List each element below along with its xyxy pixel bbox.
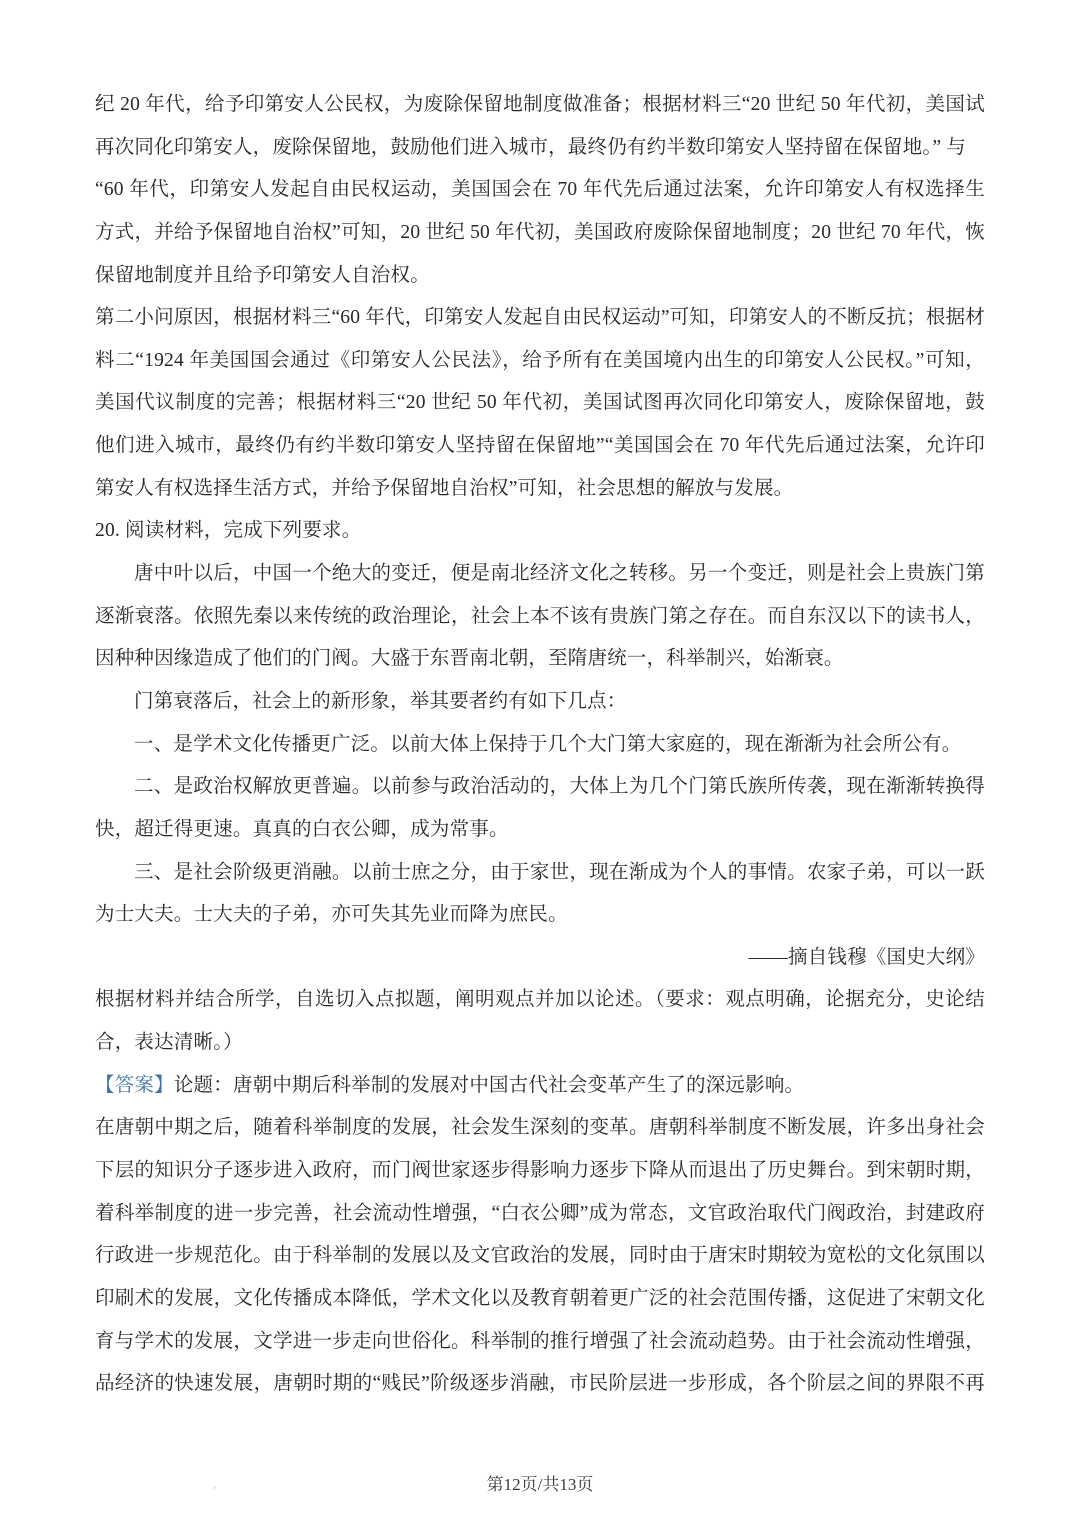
- answer-body-line: 行政进一步规范化。由于科举制的发展以及文官政治的发展，同时由于唐宋时期较为宽松的…: [95, 1235, 985, 1278]
- material-line: 因种种因缘造成了他们的门阀。大盛于东晋南北朝，至隋唐统一，科举制兴，始渐衰。: [95, 638, 985, 681]
- answer-thesis: 论题：唐朝中期后科举制的发展对中国古代社会变革产生了的深远影响。: [174, 1075, 804, 1096]
- analysis-line: “60 年代，印第安人发起自由民权运动，美国国会在 70 年代先后通过法案，允许…: [95, 169, 985, 212]
- analysis-line: 保留地制度并且给予印第安人自治权。: [95, 255, 985, 298]
- material-line: 为士大夫。士大夫的子弟，亦可失其先业而降为庶民。: [95, 894, 985, 937]
- analysis-line: 再次同化印第安人，废除保留地，鼓励他们进入城市，最终仍有约半数印第安人坚持留在保…: [95, 127, 985, 170]
- answer-body-line: 在唐朝中期之后，随着科举制度的发展，社会发生深刻的变革。唐朝科举制度不断发展，许…: [95, 1107, 985, 1150]
- answer-body-line: 育与学术的发展，文学进一步走向世俗化。科举制的推行增强了社会流动趋势。由于社会流…: [95, 1321, 985, 1364]
- analysis-line: 第二小问原因，根据材料三“60 年代，印第安人发起自由民权运动”可知，印第安人的…: [95, 297, 985, 340]
- material-line: 一、是学术文化传播更广泛。以前大体上保持于几个大门第大家庭的，现在渐渐为社会所公…: [95, 724, 985, 767]
- material-line: 二、是政治权解放更普遍。以前参与政治活动的，大体上为几个门第氏族所传袭，现在渐渐…: [95, 766, 985, 809]
- material-line: 唐中叶以后，中国一个绝大的变迁，便是南北经济文化之转移。另一个变迁，则是社会上贵…: [95, 553, 985, 596]
- answer-body-line: 下层的知识分子逐步进入政府，而门阀世家逐步得影响力逐步下降从而退出了历史舞台。到…: [95, 1150, 985, 1193]
- answer-body-line: 品经济的快速发展，唐朝时期的“贱民”阶级逐步消融，市民阶层进一步形成，各个阶层之…: [95, 1363, 985, 1406]
- source-attribution: ——摘自钱穆《国史大纲》: [95, 937, 985, 980]
- task-line: 根据材料并结合所学，自选切入点拟题，阐明观点并加以论述。（要求：观点明确，论据充…: [95, 979, 985, 1022]
- question-20-heading: 20. 阅读材料，完成下列要求。: [95, 510, 985, 553]
- document-page: 纪 20 年代，给予印第安人公民权，为废除保留地制度做准备；根据材料三“20 世…: [0, 0, 1080, 1527]
- analysis-line: 纪 20 年代，给予印第安人公民权，为废除保留地制度做准备；根据材料三“20 世…: [95, 84, 985, 127]
- analysis-line: 方式，并给予保留地自治权”可知，20 世纪 50 年代初，美国政府废除保留地制度…: [95, 212, 985, 255]
- material-line: 门第衰落后，社会上的新形象，举其要者约有如下几点：: [95, 681, 985, 724]
- material-line: 快，超迁得更速。真真的白衣公卿，成为常事。: [95, 809, 985, 852]
- analysis-line: 美国代议制度的完善；根据材料三“20 世纪 50 年代初，美国试图再次同化印第安…: [95, 382, 985, 425]
- document-content: 纪 20 年代，给予印第安人公民权，为废除保留地制度做准备；根据材料三“20 世…: [95, 84, 985, 1406]
- analysis-line: 料二“1924 年美国国会通过《印第安人公民法》，给予所有在美国境内出生的印第安…: [95, 340, 985, 383]
- analysis-line: 第安人有权选择生活方式，并给予保留地自治权”可知，社会思想的解放与发展。: [95, 468, 985, 511]
- answer-body-line: 印刷术的发展，文化传播成本降低，学术文化以及教育朝着更广泛的社会范围传播，这促进…: [95, 1278, 985, 1321]
- answer-label: 【答案】: [95, 1075, 174, 1096]
- answer-heading-line: 【答案】论题：唐朝中期后科举制的发展对中国古代社会变革产生了的深远影响。: [95, 1065, 985, 1108]
- material-line: 逐渐衰落。依照先秦以来传统的政治理论，社会上本不该有贵族门第之存在。而自东汉以下…: [95, 596, 985, 639]
- page-number: 第12页/共13页: [0, 1470, 1080, 1500]
- task-line: 合，表达清晰。）: [95, 1022, 985, 1065]
- material-line: 三、是社会阶级更消融。以前士庶之分，由于家世，现在渐成为个人的事情。农家子弟，可…: [95, 852, 985, 895]
- answer-body-line: 着科举制度的进一步完善，社会流动性增强，“白衣公卿”成为常态，文官政治取代门阀政…: [95, 1193, 985, 1236]
- analysis-line: 他们进入城市，最终仍有约半数印第安人坚持留在保留地”“美国国会在 70 年代先后…: [95, 425, 985, 468]
